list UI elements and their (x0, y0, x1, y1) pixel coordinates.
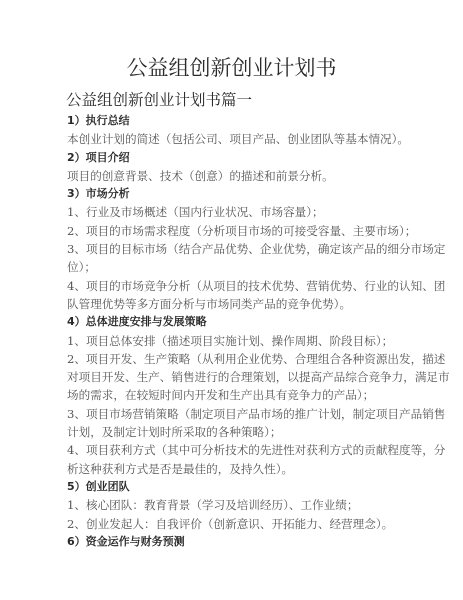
document-body: 1）执行总结 本创业计划的简述（包括公司、项目产品、创业团队等基本情况）。 2）… (67, 112, 392, 551)
paragraph-line: 4、项目的市场竞争分析（从项目的技术优势、营销优势、行业的认知、团 (67, 277, 392, 295)
paragraph-line: 4、项目获利方式（其中可分析技术的先进性对获利方式的贡献程度等，分 (67, 441, 392, 459)
section-heading: 1）执行总结 (67, 112, 392, 130)
section-title: 公益组创新创业计划书篇一 (66, 90, 252, 110)
paragraph-line: 1、行业及市场概述（国内行业状况、市场容量）； (67, 203, 392, 221)
paragraph-line: 析这种获利方式是否是最佳的，及持久性）。 (67, 460, 392, 478)
section-heading: 2）项目介绍 (67, 149, 392, 167)
paragraph-line: 场的需求，在较短时间内开发和生产出具有竞争力的产品）； (67, 386, 392, 404)
paragraph-line: 1、核心团队：教育背景（学习及培训经历）、工作业绩； (67, 496, 392, 514)
paragraph-line: 2、创业发起人：自我评价（创新意识、开拓能力、经营理念）。 (67, 515, 392, 533)
paragraph-line: 本创业计划的简述（包括公司、项目产品、创业团队等基本情况）。 (67, 130, 392, 148)
paragraph-line: 3、项目的目标市场（结合产品优势、企业优势，确定该产品的细分市场定 (67, 240, 392, 258)
paragraph-line: 计划，及制定计划时所采取的各种策略）； (67, 423, 392, 441)
paragraph-line: 2、项目开发、生产策略（从利用企业优势、合理组合各种资源出发，描述 (67, 350, 392, 368)
paragraph-line: 队管理优势等多方面分析与市场同类产品的竞争优势）。 (67, 295, 392, 313)
paragraph-line: 位）； (67, 258, 392, 276)
paragraph-line: 1、项目总体安排（描述项目实施计划、操作周期、阶段目标）； (67, 332, 392, 350)
paragraph-line: 2、项目的市场需求程度（分析项目市场的可接受容量、主要市场）； (67, 222, 392, 240)
paragraph-line: 3、项目市场营销策略（制定项目产品市场的推广计划，制定项目产品销售 (67, 405, 392, 423)
section-heading: 5）创业团队 (67, 478, 392, 496)
paragraph-line: 项目的创意背景、技术（创意）的描述和前景分析。 (67, 167, 392, 185)
paragraph-line: 对项目开发、生产、销售进行的合理策划，以提高产品综合竞争力，满足市 (67, 368, 392, 386)
section-heading: 3）市场分析 (67, 185, 392, 203)
section-heading: 6）资金运作与财务预测 (67, 533, 392, 551)
document-title: 公益组创新创业计划书 (0, 55, 463, 81)
section-heading: 4）总体进度安排与发展策略 (67, 313, 392, 331)
